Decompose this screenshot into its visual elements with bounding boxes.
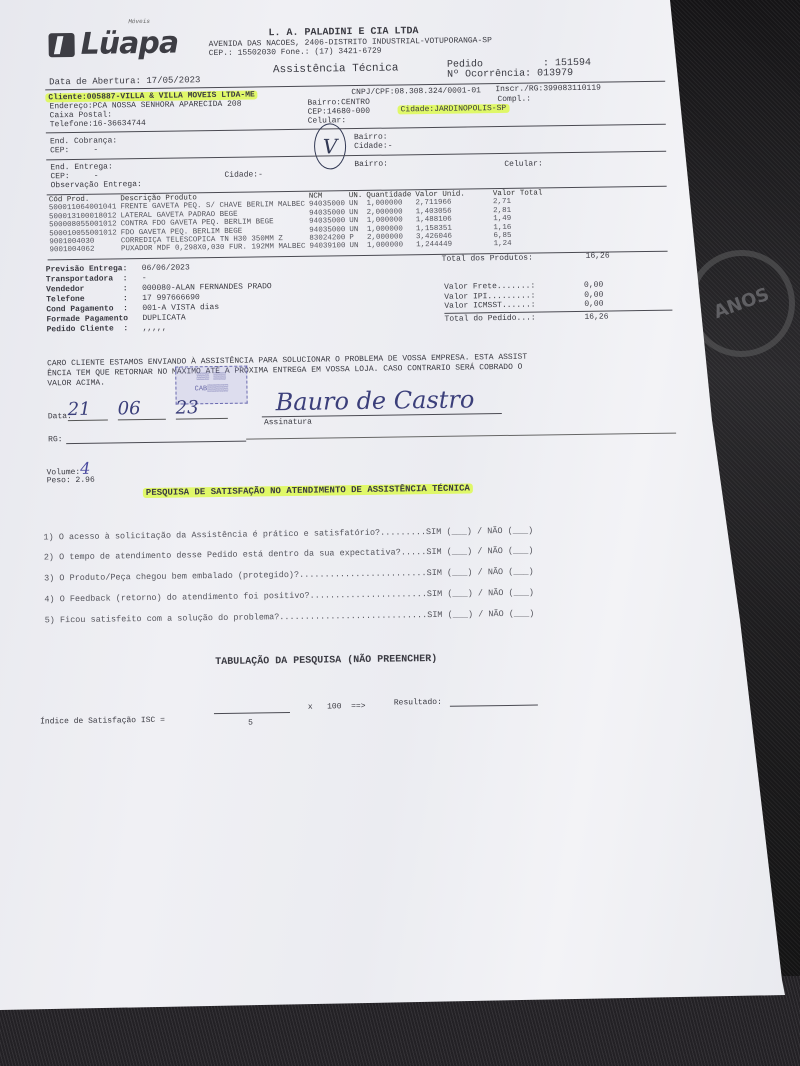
date-day: 21 (68, 399, 108, 422)
occurrence-number: Nº Ocorrência: 013979 (447, 68, 573, 82)
client-city: Cidade:JARDINOPOLIS-SP (398, 104, 510, 116)
col-header: UN. (349, 192, 367, 201)
tabulation-title: TABULAÇÃO DA PESQUISA (NÃO PREENCHER) (215, 654, 437, 669)
logo-mark-icon (48, 32, 74, 56)
survey-question-4: 4) O Feedback (retorno) do atendimento f… (44, 588, 534, 605)
company-cep-phone: CEP.: 15502030 Fone.: (17) 3421-6729 (209, 47, 382, 59)
result-line (450, 705, 538, 707)
isc-multiplier: x 100 ==> (308, 702, 366, 713)
rg-label: RG: (48, 435, 63, 445)
client-cnpj: CNPJ/CPF:08.308.324/0001-01 (351, 86, 481, 98)
items-table: Cód Prod. Descrição Produto NCM UN. Quan… (49, 189, 547, 255)
logo-text: Lüapa (80, 26, 178, 62)
signature-label: Assinatura (264, 418, 312, 429)
table-cell: UN (349, 200, 367, 209)
table-cell: 9001004062 (49, 246, 121, 255)
table-cell: P (349, 234, 367, 243)
document-content: Lüapa Móveis L. A. PALADINI E CIA LTDA A… (0, 0, 701, 760)
survey-question-2: 2) O tempo de atendimento desse Pedido e… (44, 546, 534, 563)
billing-cep: CEP: - (50, 146, 98, 157)
opening-date-value: 17/05/2023 (146, 75, 200, 86)
table-cell: UN (349, 209, 367, 218)
total-products-value: 16,26 (586, 252, 610, 262)
date-year: 23 (176, 397, 228, 420)
logo-subtitle: Móveis (128, 18, 150, 25)
notice-text: CARO CLIENTE ESTAMOS ENVIANDO À ASSISTÊN… (47, 353, 527, 390)
col-header: Valor Total (493, 189, 547, 198)
divider (46, 151, 666, 161)
document-paper: Lüapa Móveis L. A. PALADINI E CIA LTDA A… (0, 0, 785, 1010)
billing-city: Cidade:- (354, 142, 393, 153)
occurrence-label: Nº Ocorrência: (447, 69, 531, 81)
total-products-label: Total dos Produtos: (442, 254, 533, 265)
icmsst: Valor ICMSST......:0,00 (444, 300, 603, 312)
delivery-observation: Observação Entrega: (51, 180, 142, 191)
signature: Bauro de Castro (275, 385, 474, 416)
delivery-cellphone: Celular: (504, 159, 543, 170)
survey-question-3: 3) O Produto/Peça chegou bem embalado (p… (44, 567, 534, 584)
survey-title: PESQUISA DE SATISFAÇÃO NO ATENDIMENTO DE… (143, 483, 473, 499)
handwritten-check-mark: V (314, 123, 347, 169)
client-order: Pedido Cliente :,,,,, (47, 322, 273, 335)
date-month: 06 (118, 398, 166, 421)
isc-fraction-line (214, 712, 290, 714)
result-label: Resultado: (394, 698, 442, 709)
occurrence-value: 013979 (537, 68, 573, 80)
table-cell: UN (349, 217, 367, 226)
opening-date: Data de Abertura: 17/05/2023 (49, 75, 200, 88)
table-cell: 1,244449 (416, 241, 494, 250)
weight: Peso: 2.96 (47, 476, 95, 487)
table-cell: 1,24 (494, 240, 548, 249)
table-cell: UN (349, 242, 367, 251)
client-inscr: Inscr./RG:399083110119 (495, 84, 601, 95)
company-logo: Lüapa Móveis (48, 26, 178, 63)
table-cell: 94035000 (309, 201, 349, 210)
rg-line (66, 441, 246, 445)
order-total: Total do Pedido...:16,26 (444, 313, 608, 325)
delivery-city: Cidade:- (224, 170, 263, 181)
table-cell: 94035000 (309, 217, 349, 226)
divider (246, 433, 676, 440)
col-header: Quantidade (366, 191, 415, 200)
table-cell: UN (349, 226, 367, 235)
isc-denominator: 5 (248, 719, 253, 729)
opening-date-label: Data de Abertura: (49, 76, 141, 87)
survey-question-1: 1) O acesso à solicitação da Assistência… (43, 526, 533, 543)
document-title: Assistência Técnica (273, 62, 399, 76)
delivery-bairro: Bairro: (354, 160, 388, 170)
table-cell: PUXADOR MDF 0,298X0,030 FUR. 192MM MALBE… (121, 243, 310, 254)
totals-block: Valor Frete.......:0,00 Valor IPI.......… (444, 281, 604, 312)
isc-label: Índice de Satisfação ISC = (40, 716, 165, 728)
client-phone: Telefone:16-36634744 (50, 119, 146, 130)
table-cell: 94039100 (309, 243, 349, 252)
table-cell: 1,000000 (367, 242, 416, 251)
survey-question-5: 5) Ficou satisfeito com a solução do pro… (45, 609, 535, 626)
order-info: Previsão Entrega:06/06/2023 Transportado… (46, 262, 273, 335)
